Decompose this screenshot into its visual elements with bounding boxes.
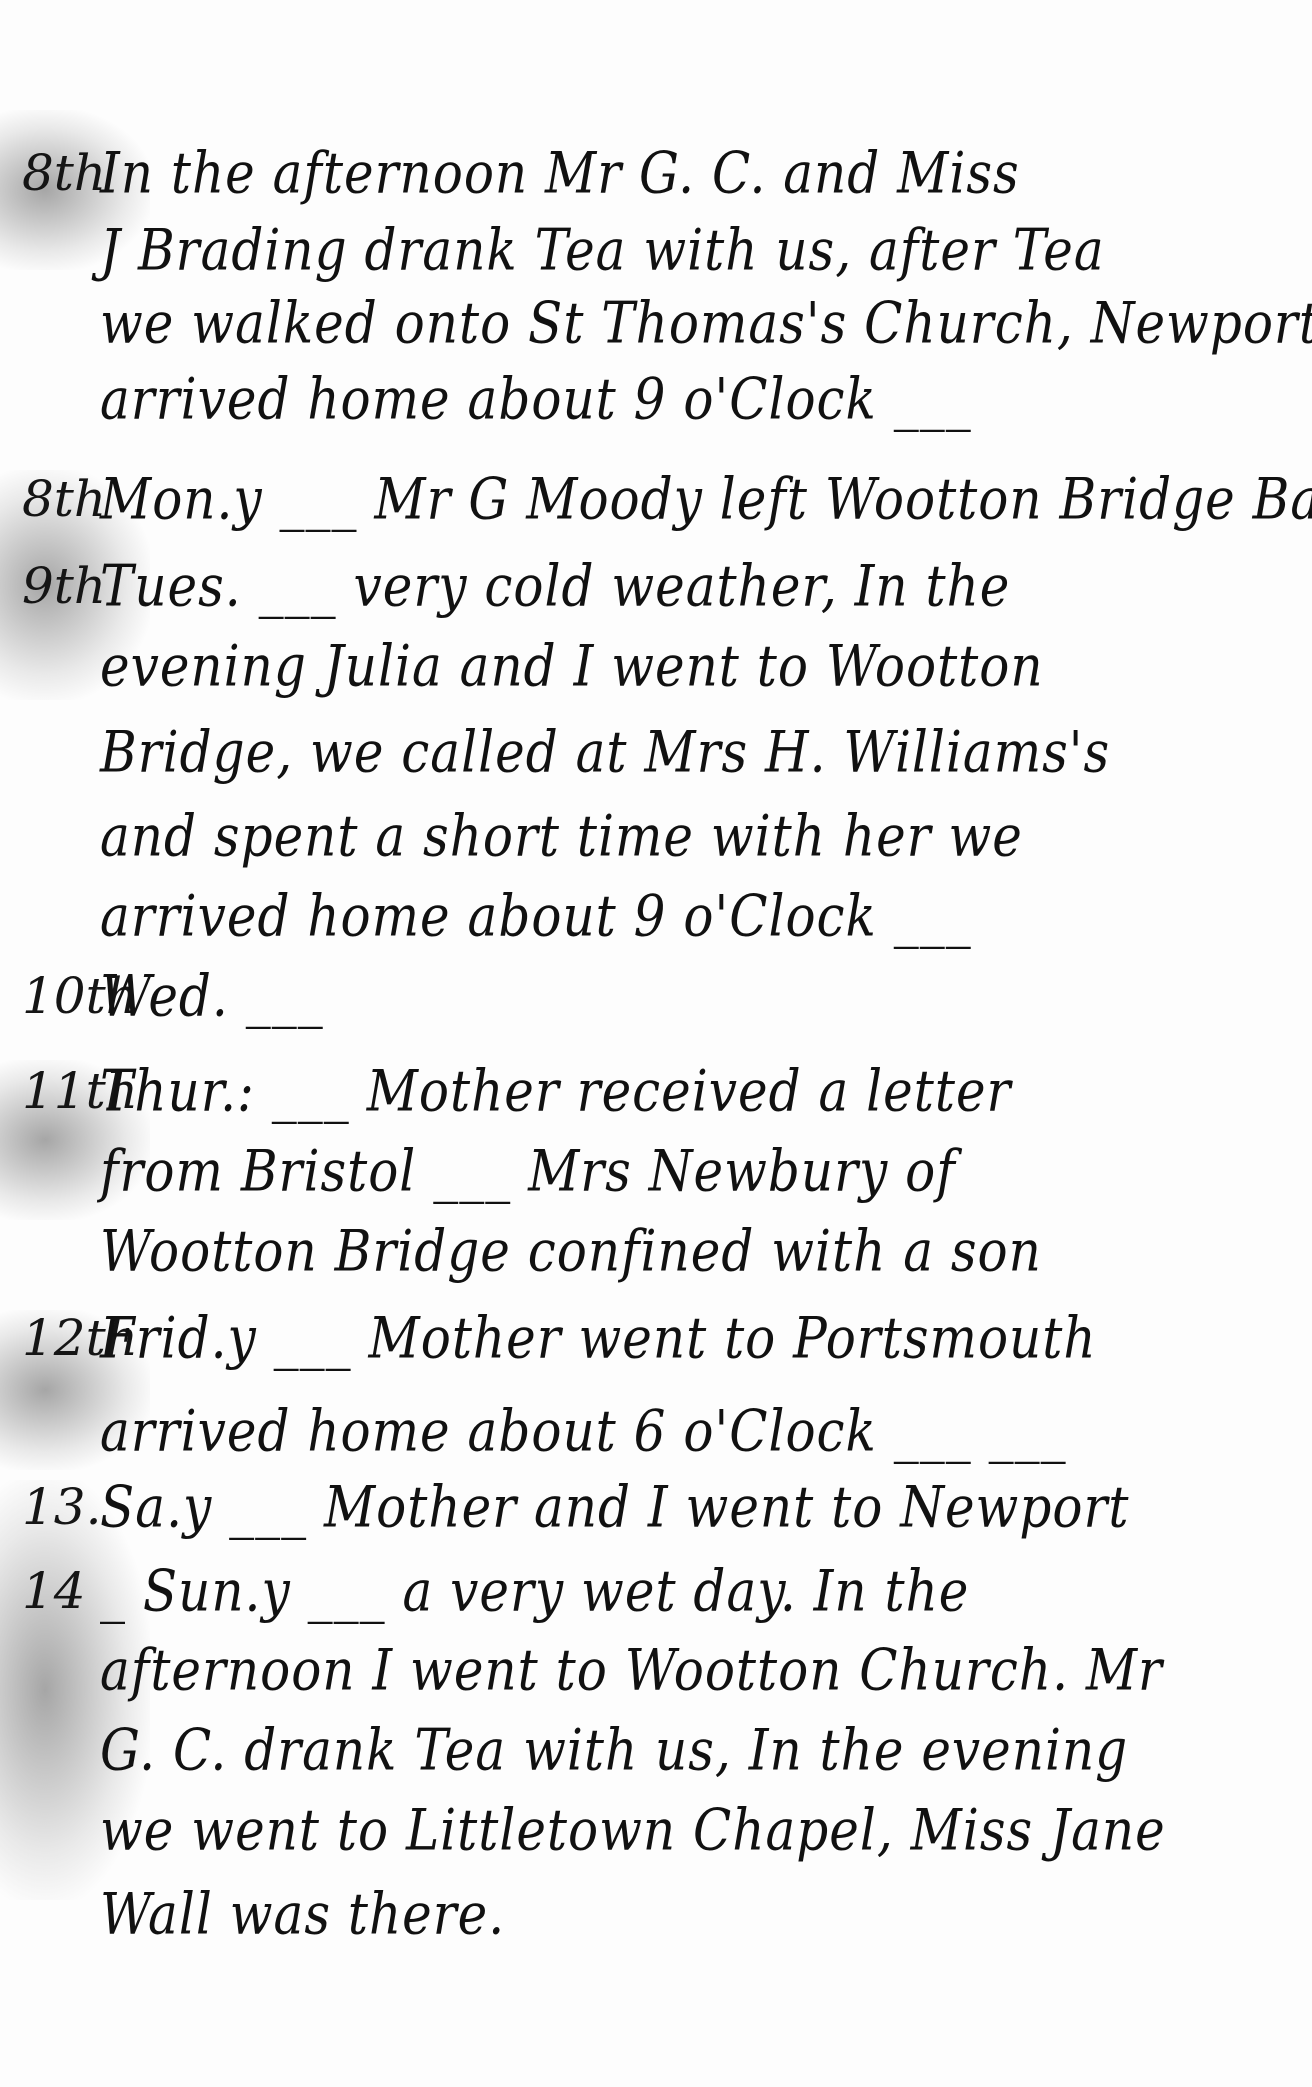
diary-line: and spent a short time with her we [0,796,1312,876]
diary-line: 8th Mon.y ___ Mr G Moody left Wootton Br… [0,459,1312,539]
diary-line: Bridge, we called at Mrs H. Williams's [0,712,1312,792]
entry-text: Wall was there. [100,1868,1290,1960]
diary-page: 8th In the afternoon Mr G. C. and Miss J… [0,0,1312,2087]
entry-text: afternoon I went to Wootton Church. Mr [100,1624,1290,1716]
diary-line: G. C. drank Tea with us, In the evening [0,1710,1312,1790]
diary-line: 8th In the afternoon Mr G. C. and Miss [0,133,1312,213]
entry-text: Frid.y ___ Mother went to Portsmouth [100,1292,1290,1384]
entry-text: arrived home about 9 o'Clock ___ [100,353,1290,445]
diary-line: 10th Wed. ___ [0,956,1312,1036]
entry-text: evening Julia and I went to Wootton [100,620,1290,712]
entry-text: arrived home about 9 o'Clock ___ [100,870,1290,962]
entry-text: Bridge, we called at Mrs H. Williams's [100,706,1290,798]
diary-line: 11th Thur.: ___ Mother received a letter [0,1051,1312,1131]
entry-text: and spent a short time with her we [100,790,1290,882]
diary-line: we walked onto St Thomas's Church, Newpo… [0,283,1312,363]
diary-line: Wall was there. [0,1874,1312,1954]
diary-line: we went to Littletown Chapel, Miss Jane [0,1790,1312,1870]
diary-line: arrived home about 6 o'Clock ___ ___ [0,1391,1312,1471]
diary-line: afternoon I went to Wootton Church. Mr [0,1630,1312,1710]
diary-line: evening Julia and I went to Wootton [0,626,1312,706]
entry-text: Mon.y ___ Mr G Moody left Wootton Bridge… [100,453,1290,545]
entry-text: from Bristol ___ Mrs Newbury of [100,1125,1290,1217]
diary-line: arrived home about 9 o'Clock ___ [0,876,1312,956]
diary-line: 12th Frid.y ___ Mother went to Portsmout… [0,1298,1312,1378]
entry-text: G. C. drank Tea with us, In the evening [100,1704,1290,1796]
entry-text: Tues. ___ very cold weather, In the [100,540,1290,632]
entry-text: Sa.y ___ Mother and I went to Newport [100,1461,1290,1553]
entry-text: we went to Littletown Chapel, Miss Jane [100,1784,1290,1876]
entry-text: Wed. ___ [100,950,1290,1042]
entry-text: Wootton Bridge confined with a son [100,1205,1290,1297]
diary-line: 9th Tues. ___ very cold weather, In the [0,546,1312,626]
diary-line: 13. Sa.y ___ Mother and I went to Newpor… [0,1467,1312,1547]
diary-line: from Bristol ___ Mrs Newbury of [0,1131,1312,1211]
diary-line: Wootton Bridge confined with a son [0,1211,1312,1291]
entry-text: Thur.: ___ Mother received a letter [100,1045,1290,1137]
diary-line: arrived home about 9 o'Clock ___ [0,359,1312,439]
diary-line: 14 _ Sun.y ___ a very wet day. In the [0,1551,1312,1631]
